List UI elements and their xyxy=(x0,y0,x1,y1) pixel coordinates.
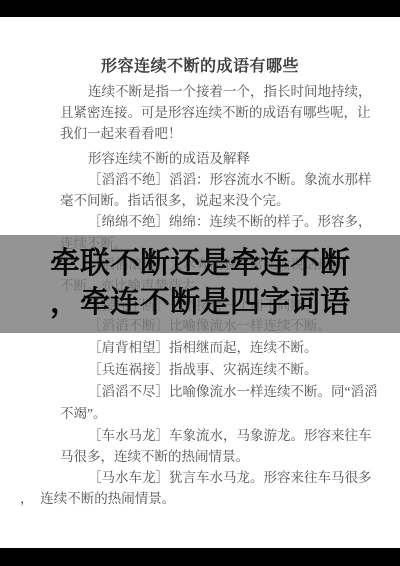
body-line: ［兵连祸接］指战事、灾祸连续不断。 xyxy=(88,362,318,377)
page-title: 形容连续不断的成语有哪些 xyxy=(0,53,400,76)
body-line: ［肩背相望］指相继而起，连续不断。 xyxy=(88,340,318,355)
body-line: 且紧密连接。可是形容连续不断的成语有哪些呢，让 xyxy=(60,105,371,120)
caption-line-1: 牵联不断还是牵连不断 xyxy=(0,244,400,283)
body-line: ［滔滔不绝］滔滔：形容流水不断。象流水那样 xyxy=(88,172,372,187)
body-line: 马很多，连续不断的热闹情景。 xyxy=(60,449,249,464)
body-line: 形容连续不断的成语及解释 xyxy=(88,151,250,166)
body-line: 连续不断是指一个接着一个，指长时间地持续， xyxy=(88,84,372,99)
letterbox-top-bar xyxy=(0,0,400,17)
body-line: ［车水马龙］车象流水，马象游龙。形容来往车 xyxy=(88,428,372,443)
body-line: ， 连续不断的热闹情景。 xyxy=(20,491,175,506)
body-line: 不竭”。 xyxy=(60,406,107,421)
letterbox-bottom-bar xyxy=(0,548,400,566)
body-line: ［滔滔不尽］比喻像流水一样连续不断。同“滔滔 xyxy=(88,384,378,399)
article-page: 形容连续不断的成语有哪些 连续不断是指一个接着一个，指长时间地持续，且紧密连接。… xyxy=(0,0,400,566)
caption-overlay: 牵联不断还是牵连不断 ，牵连不断是四字词语 xyxy=(0,244,400,322)
body-line: ［绵绵不绝］绵绵：连续不断的样子。形容多， xyxy=(88,214,372,229)
body-line: 毫不间断。指话很多，说起来没个完。 xyxy=(60,193,290,208)
caption-line-2: ，牵连不断是四字词语 xyxy=(0,283,400,322)
body-line: ［马水车龙］犹言车水马龙。形容来往车马很多 xyxy=(88,470,372,485)
body-line: 我们一起来看看吧！ xyxy=(60,126,182,141)
